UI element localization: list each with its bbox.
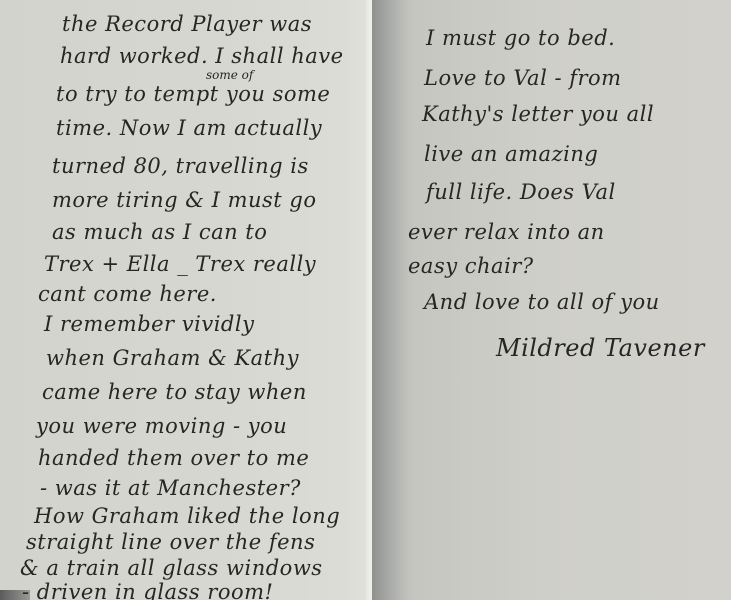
handwritten-line: cant come here. xyxy=(38,282,217,306)
handwritten-line: you were moving - you xyxy=(36,414,287,438)
handwritten-line: live an amazing xyxy=(424,142,598,166)
handwritten-line: And love to all of you xyxy=(424,290,660,314)
handwritten-line: Kathy's letter you all xyxy=(422,102,654,126)
handwritten-line: to try to tempt you some xyxy=(56,82,330,106)
handwritten-line: as much as I can to xyxy=(52,220,267,244)
handwritten-insertion: some of xyxy=(206,68,253,82)
handwritten-line: easy chair? xyxy=(408,254,534,278)
handwritten-line: & a train all glass windows xyxy=(20,556,323,580)
handwritten-line: I must go to bed. xyxy=(426,26,615,50)
handwritten-line: Trex + Ella _ Trex really xyxy=(44,252,316,276)
gutter-shadow xyxy=(372,0,414,600)
handwritten-line: more tiring & I must go xyxy=(52,188,317,212)
handwritten-line: full life. Does Val xyxy=(426,180,616,204)
handwritten-line: hard worked. I shall have xyxy=(60,44,344,68)
handwritten-line: - was it at Manchester? xyxy=(40,476,301,500)
handwritten-line: time. Now I am actually xyxy=(56,116,322,140)
handwritten-line: when Graham & Kathy xyxy=(46,346,299,370)
handwritten-line: How Graham liked the long xyxy=(34,504,340,528)
handwritten-line: - driven in glass room! xyxy=(22,580,273,600)
handwritten-line: turned 80, travelling is xyxy=(52,154,309,178)
handwritten-line: handed them over to me xyxy=(38,446,309,470)
handwritten-line: straight line over the fens xyxy=(26,530,315,554)
handwritten-line: Love to Val - from xyxy=(424,66,622,90)
signature: Mildred Tavener xyxy=(496,334,705,362)
handwritten-line: came here to stay when xyxy=(42,380,307,404)
handwritten-line: I remember vividly xyxy=(44,312,254,336)
handwritten-line: ever relax into an xyxy=(408,220,605,244)
handwritten-line: the Record Player was xyxy=(62,12,312,36)
